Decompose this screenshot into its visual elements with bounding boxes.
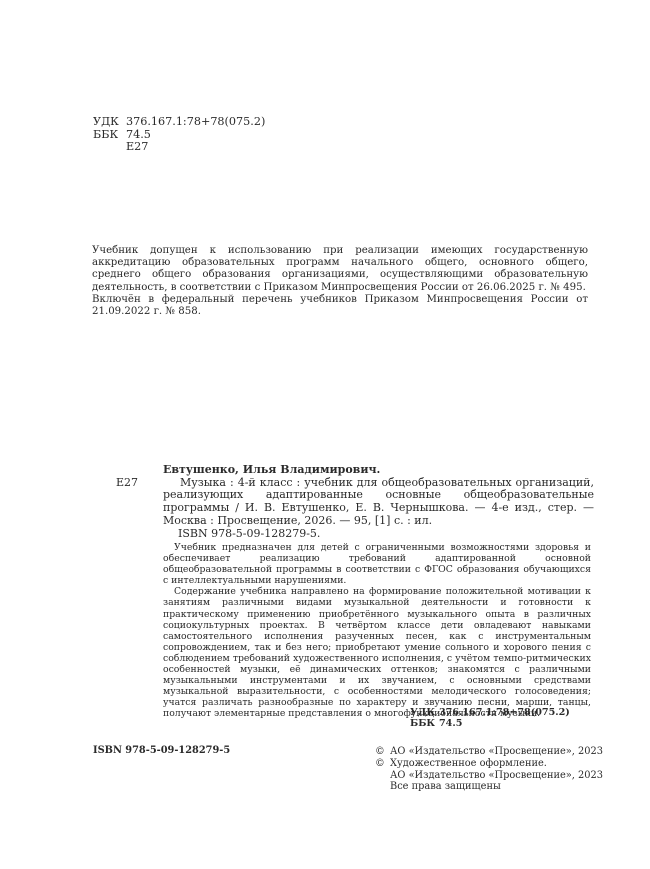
classification-top: УДК 376.167.1:78+78(075.2) ББК 74.5 Е27 xyxy=(93,116,265,154)
record-entry: Е27 Музыка : 4-й класс : учебник для общ… xyxy=(116,477,594,528)
approval-paragraph: Учебник допущен к использованию при реал… xyxy=(92,245,588,294)
federal-list-paragraph: Включён в федеральный перечень учебников… xyxy=(92,294,588,318)
all-rights-reserved: Все права защищены xyxy=(390,781,501,793)
annotation-paragraph-1: Учебник предназначен для детей с огранич… xyxy=(163,542,591,586)
copyright-block: © АО «Издательство «Просвещение», 2023 ©… xyxy=(375,746,603,793)
copyright-icon: © xyxy=(375,746,390,758)
footer-isbn: ISBN 978-5-09-128279-5 xyxy=(93,745,230,756)
udk-label-bottom: УДК xyxy=(410,707,439,718)
record-description: Музыка : 4-й класс : учебник для общеобр… xyxy=(163,477,594,528)
bbk-row: ББК 74.5 xyxy=(93,129,265,142)
copyright-publisher: АО «Издательство «Просвещение», 2023 xyxy=(390,746,603,758)
udk-value-bottom: 376.167.1:78+78(075.2) xyxy=(439,707,570,718)
copyright-icon: © xyxy=(375,758,390,770)
record-code: Е27 xyxy=(116,477,163,528)
udk-label: УДК xyxy=(93,116,126,129)
record-isbn: ISBN 978-5-09-128279-5. xyxy=(163,528,594,541)
annotation-paragraph-2: Содержание учебника направлено на формир… xyxy=(163,586,591,719)
bbk-label-bottom: ББК xyxy=(410,718,439,729)
approval-notice: Учебник допущен к использованию при реал… xyxy=(92,245,588,318)
udk-row: УДК 376.167.1:78+78(075.2) xyxy=(93,116,265,129)
copyright-design: Художественное оформление. xyxy=(390,758,547,770)
copyright-design-publisher: АО «Издательство «Просвещение», 2023 xyxy=(390,770,603,782)
classification-bottom: УДК 376.167.1:78+78(075.2) ББК 74.5 xyxy=(410,707,570,729)
bbk-value-bottom: 74.5 xyxy=(439,718,462,729)
bbk-label: ББК xyxy=(93,129,126,142)
author-mark-row: Е27 xyxy=(93,141,265,154)
author-mark: Е27 xyxy=(126,141,148,154)
record-author: Евтушенко, Илья Владимирович. xyxy=(163,464,594,477)
annotation: Учебник предназначен для детей с огранич… xyxy=(163,542,591,720)
bibliographic-record: Евтушенко, Илья Владимирович. Е27 Музыка… xyxy=(116,464,594,540)
udk-value: 376.167.1:78+78(075.2) xyxy=(126,116,265,129)
